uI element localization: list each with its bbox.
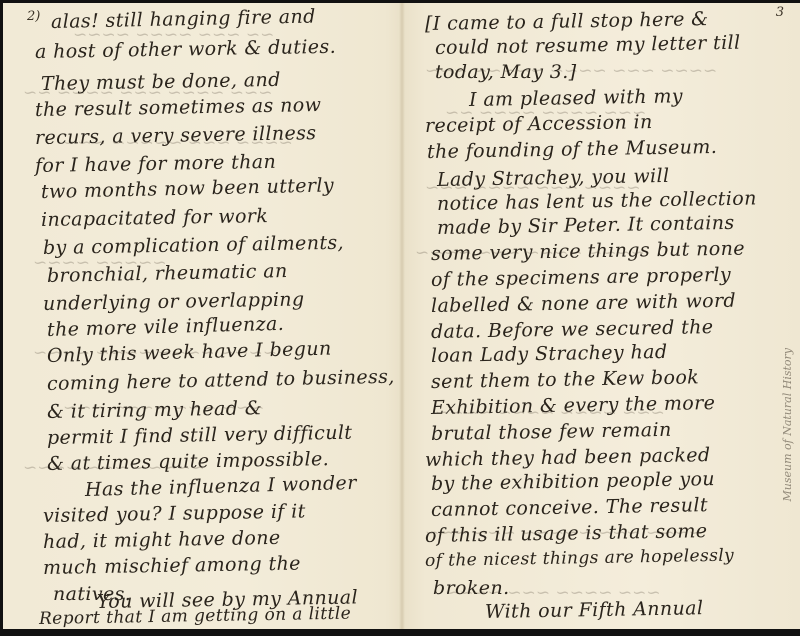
letter-line: could not resume my letter till [435, 32, 741, 59]
letter-line: the founding of the Museum. [427, 136, 718, 163]
letter-line: & at times quite impossible. [47, 448, 329, 475]
letter-line: I am pleased with my [469, 85, 683, 111]
page-number-left: 2) [27, 9, 40, 24]
letter-line: They must be done, and [41, 69, 281, 95]
letter-line: alas! still hanging fire and [51, 5, 316, 33]
right-page: 3 ~~~~ ~~~ ~~~~ ~~~~~ ~~~ ~~~ ~~~~ ~~~~ … [405, 3, 800, 629]
letter-line: much mischief among the [43, 553, 301, 579]
letter-sheet: 2) ~~ ~~~ ~~~~ ~~~~ ~~~ ~~~~ ~~~ ~~~~ ~~… [3, 3, 800, 629]
letter-line: underlying or overlapping [43, 288, 305, 315]
letter-line: visited you? I suppose if it [43, 500, 306, 527]
letter-line: Only this week have I begun [47, 338, 332, 367]
left-page: 2) ~~ ~~~ ~~~~ ~~~~ ~~~ ~~~~ ~~~ ~~~~ ~~… [3, 3, 399, 629]
letter-line: & it tiring my head & [47, 397, 262, 423]
letter-line: the result sometimes as now [35, 94, 322, 121]
letter-line: incapacitated for work [41, 205, 269, 231]
letter-line: some very nice things but none [431, 238, 745, 265]
letter-line: notice has lent us the collection [437, 187, 757, 215]
letter-line: made by Sir Peter. It contains [437, 212, 735, 239]
margin-note: Museum of Natural History [781, 348, 794, 502]
letter-line: for I have for more than [35, 151, 277, 177]
letter-line: cannot conceive. The result [431, 494, 708, 521]
letter-line: had, it might have done [43, 527, 281, 553]
letter-line: by a complication of ailments, [43, 232, 344, 259]
letter-line: of the specimens are properly [431, 264, 731, 291]
letter-line: [I came to a full stop here & [425, 8, 709, 35]
letter-line: today, May 3.] [435, 61, 577, 83]
letter-line: receipt of Accession in [425, 111, 653, 137]
letter-line: Lady Strachey, you will [437, 165, 670, 191]
letter-line: data. Before we secured the [431, 316, 714, 343]
letter-line: broken. [433, 577, 510, 599]
letter-line: permit I find still very difficult [47, 422, 353, 449]
letter-line: which they had been packed [425, 444, 711, 471]
page-number-right: 3 [776, 5, 784, 20]
letter-line: the more vile influenza. [47, 313, 285, 341]
letter-line: labelled & none are with word [431, 290, 736, 317]
letter-line: loan Lady Strachey had [431, 341, 668, 367]
letter-line: With our Fifth Annual [485, 597, 704, 623]
letter-line: Exhibition & every the more [431, 392, 716, 419]
letter-line: of the nicest things are hopelessly [425, 546, 734, 571]
letter-line: two months now been utterly [41, 174, 335, 203]
letter-line: Report that I am getting on a little [39, 604, 351, 629]
letter-line: bronchial, rheumatic an [47, 260, 288, 287]
letter-line: sent them to the Kew book [431, 366, 699, 393]
letter-line: brutal those few remain [431, 419, 672, 445]
letter-line: coming here to attend to business, [47, 366, 395, 395]
letter-line: a host of other work & duties. [35, 36, 336, 63]
letter-line: by the exhibition people you [431, 468, 715, 495]
